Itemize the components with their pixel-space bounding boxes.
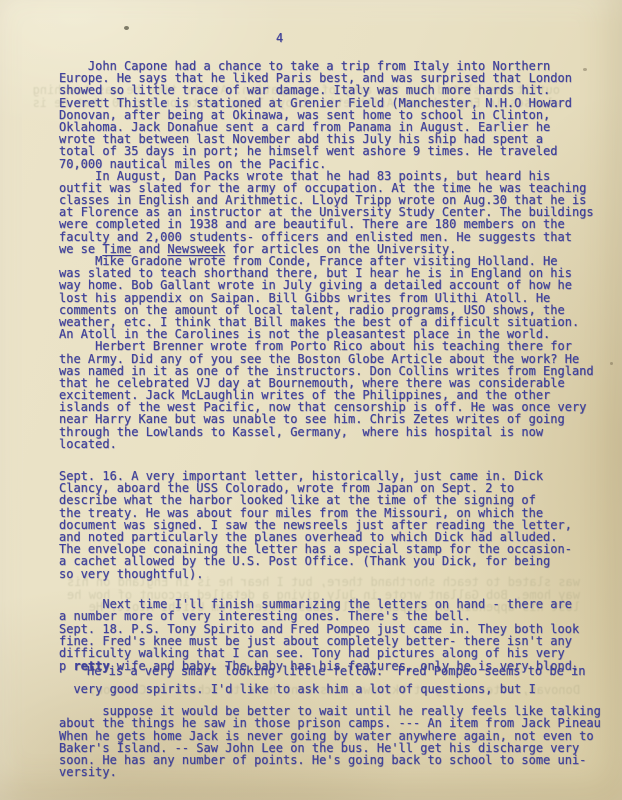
text-line: about the things he saw in those prison … [59,717,622,729]
text-line: 70,000 nautical miles on the Pacific. [59,158,622,170]
document-page: outfit was slated for the army of occupa… [0,0,622,800]
para-herbert-brenner: Herbert Brenner wrote from Porto Rico ab… [59,340,622,450]
text-line: the treaty. He was about four miles from… [59,507,622,519]
para-next-time: Next time I'll finish summarizing the le… [59,598,622,622]
para-sept-16: Sept. 16. A very important letter, histo… [59,470,622,580]
text-line: located. [59,438,622,450]
text-line: through the Lowlands to Kassel, Germany,… [59,426,622,438]
text-line: lost his appendix on Saipan. Bill Gibbs … [59,292,622,304]
para-dan-packs: In August, Dan Packs wrote that he had 8… [59,170,622,255]
para-mike-gradone: Mike Gradone wrote from Conde, France af… [59,255,622,340]
para-jack-pineau: suppose it would be better to wait until… [59,705,622,778]
text-line: the Army. Did any of you see the Boston … [59,353,622,365]
text-line: describe what the harbor looked like at … [59,494,622,506]
text-line: were completed in 1938 and are beautiful… [59,218,622,230]
text-line: very good spirits. I'd like to ask him a… [59,683,622,695]
text-line: total of 35 days in port; he himself wen… [59,145,622,157]
text-line: showed so little trace of war damage. It… [59,84,622,96]
text-line: versity. [59,766,622,778]
para-john-capone: John Capone had a chance to take a trip … [59,60,622,170]
text-line: a cachet allowed by the U.S. Post Office… [59,555,622,567]
text-line: near Harry Kane but was unable to see hi… [59,413,622,425]
text-line: When he gets home Jack is never going by… [59,730,622,742]
text-line: He is a very smart looking little fellow… [87,665,622,677]
letter-body: John Capone had a chance to take a trip … [59,60,622,778]
page-number: 4 [276,32,622,44]
typewritten-ink-layer: 4 John Capone had a chance to take a tri… [0,0,622,800]
text-line: Herbert Brenner wrote from Porto Rico ab… [59,340,622,352]
text-line: way home. Bob Gallant wrote in July givi… [59,279,622,291]
text-line: a number more of very interesting ones. … [59,610,622,622]
text-line: soon. He has any number of points. He's … [59,754,622,766]
text-line: Everett Thistle is stationed at Grenier … [59,97,622,109]
para-sept-18: Sept. 18. P.S. Tony Spirito and Fred Pom… [59,623,622,695]
text-line: so very thoughtful). [59,568,622,580]
